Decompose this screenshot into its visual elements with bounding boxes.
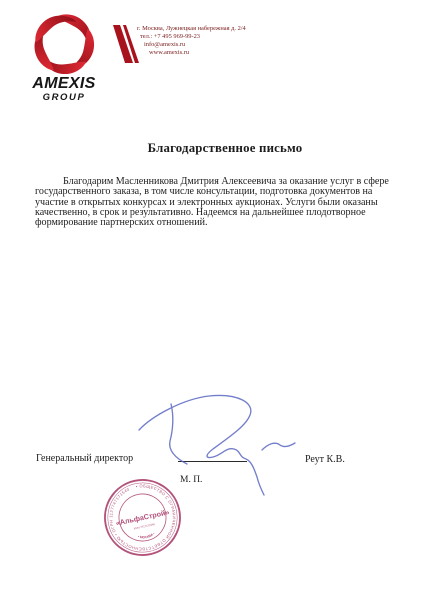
swirl-logo-icon <box>29 13 99 75</box>
contact-website: www.amexis.ru <box>149 49 246 57</box>
letter-title: Благодарственное письмо <box>26 141 424 156</box>
contact-address: г. Москва, Лужнецкая набережная д. 2/4 <box>137 25 246 33</box>
contact-phone: тел.: +7 495 969-99-23 <box>140 33 246 41</box>
brand-name: AMEXIS <box>24 76 104 92</box>
stamp-center-text: «АльфаСтрой» <box>115 507 170 527</box>
svg-text:• МОСКВА •: • МОСКВА • <box>137 531 157 541</box>
letterhead-stripes-icon <box>110 24 140 64</box>
letter-page: AMEXIS GROUP г. Москва, Лужнецкая набере… <box>0 0 424 600</box>
contact-info: г. Москва, Лужнецкая набережная д. 2/4 т… <box>137 25 246 57</box>
letter-body: Благодарим Масленникова Дмитрия Алексеев… <box>35 177 389 228</box>
contact-email: info@amexis.ru <box>144 41 246 49</box>
brand-subname: GROUP <box>24 93 104 103</box>
company-logo <box>28 13 100 75</box>
stamp-city-text: • МОСКВА • <box>137 531 157 541</box>
position-label: Генеральный директор <box>36 453 133 464</box>
handwritten-signature <box>128 382 312 500</box>
body-line: формирование партнерских отношений. <box>35 218 389 228</box>
